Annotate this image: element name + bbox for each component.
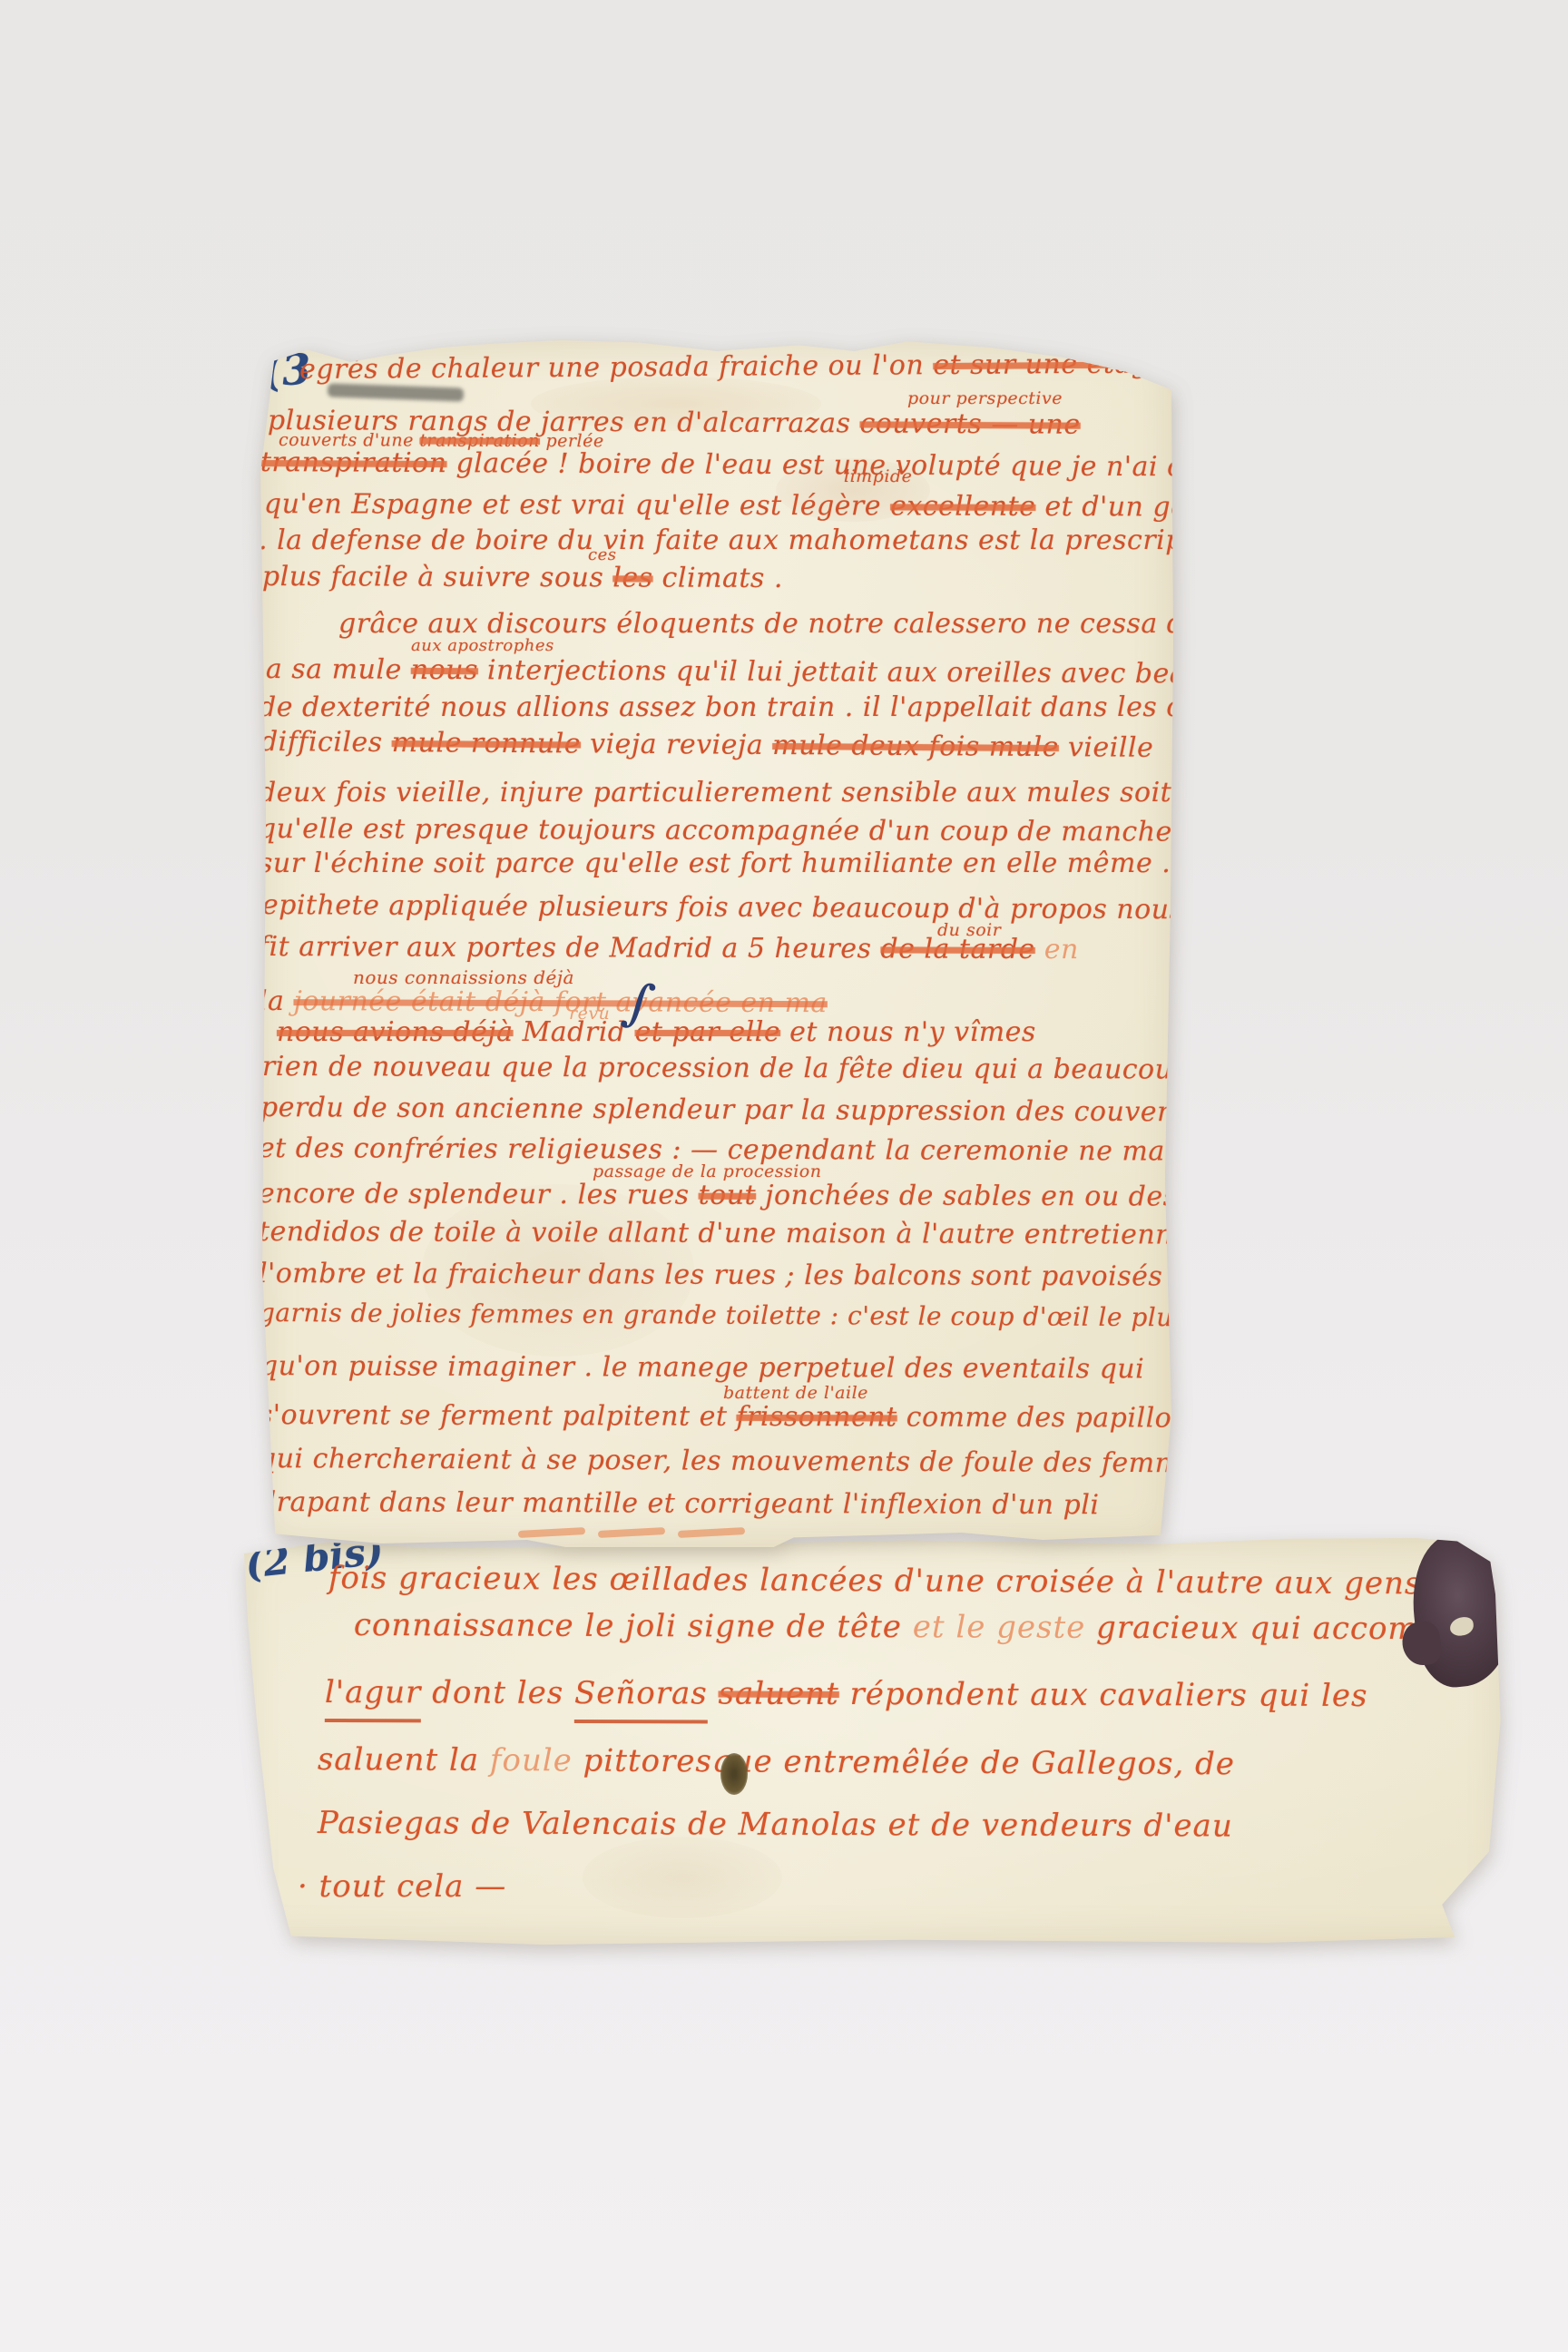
text-run: répondent aux cavaliers qui les xyxy=(839,1676,1368,1714)
text-run: de la tarde xyxy=(880,933,1034,965)
text-run xyxy=(708,1675,719,1711)
manuscript-line: l'ombre et la fraicheur dans les rues ; … xyxy=(259,1259,1200,1293)
manuscript-line: · tout cela — xyxy=(298,1869,506,1905)
manuscript-line: l'agur dont les Señoras saluent réponden… xyxy=(325,1675,1368,1726)
torn-edge-ink-strokes xyxy=(518,1529,745,1536)
manuscript-sheet-1: (3 egrés de chaleur une posada fraiche o… xyxy=(259,340,1175,1547)
manuscript-sheet-2: (2 bis) fois gracieux les œillades lancé… xyxy=(238,1537,1508,1945)
wax-seal-blot xyxy=(1406,1529,1524,1691)
text-run: de dexterité nous allions assez bon trai… xyxy=(259,691,1362,723)
manuscript-line: connaissance le joli signe de tête et le… xyxy=(354,1608,1519,1648)
text-run: frissonnent xyxy=(736,1401,897,1434)
manuscript-line: limpide xyxy=(844,467,912,487)
manuscript-line: pour perspective xyxy=(907,389,1063,409)
manuscript-line: qu'elle est presque toujours accompagnée… xyxy=(259,814,1298,848)
text-run: mule deux fois mule xyxy=(772,730,1059,763)
text-run: pour perspective xyxy=(907,388,1063,408)
seal-gap xyxy=(1449,1617,1475,1638)
text-run: et nous n'y vîmes xyxy=(780,1016,1036,1048)
text-run: epithete appliquée plusieurs fois avec b… xyxy=(262,889,1184,926)
text-run: vieja revieja xyxy=(581,728,772,760)
manuscript-line: Pasiegas de Valencais de Manolas et de v… xyxy=(318,1806,1233,1845)
text-run: pittoresque entremêlée de Gallegos, de xyxy=(573,1742,1235,1782)
text-run: qu'en Espagne et est vrai qu'elle est lé… xyxy=(264,488,890,522)
text-run: · tout cela — xyxy=(298,1868,506,1905)
manuscript-sheet-1-paper: (3 egrés de chaleur une posada fraiche o… xyxy=(259,340,1175,1547)
graphite-smudge xyxy=(328,383,464,401)
text-run: et d'un goût exquis xyxy=(1035,491,1318,524)
manuscript-line: garnis de jolies femmes en grande toilet… xyxy=(259,1298,1323,1333)
text-run: aux apostrophes xyxy=(411,636,554,655)
text-run: garnis de jolies femmes en grande toilet… xyxy=(259,1298,1323,1333)
manuscript-line: a sa mule nous interjections qu'il lui j… xyxy=(266,654,1273,691)
text-run: et le geste xyxy=(913,1609,1086,1646)
text-run: foule xyxy=(490,1742,573,1779)
text-run: et par elle xyxy=(635,1016,781,1048)
text-run: couverts — une xyxy=(859,407,1080,440)
text-run: . la defense de boire du vin faite aux m… xyxy=(259,524,1274,556)
manuscript-line: . la defense de boire du vin faite aux m… xyxy=(259,525,1274,557)
text-run: climats . xyxy=(652,563,783,595)
text-run: journée était déjà fort avancée en ma xyxy=(293,985,828,1019)
text-run: saluent la xyxy=(318,1741,490,1779)
text-run: battent de l'aile xyxy=(723,1383,868,1403)
text-run: egrés de chaleur une posada fraiche ou l… xyxy=(299,349,933,386)
text-run: la xyxy=(259,985,294,1017)
manuscript-line: epithete appliquée plusieurs fois avec b… xyxy=(262,890,1184,926)
text-run: tendidos de toile à voile allant d'une m… xyxy=(259,1216,1220,1251)
text-run: rien de nouveau que la procession de la … xyxy=(262,1051,1191,1086)
text-run: mule ronnule xyxy=(392,727,582,759)
text-run: jonchées de sables en ou des xyxy=(756,1180,1178,1213)
manuscript-line: qu'on puisse imaginer . le manege perpet… xyxy=(260,1351,1144,1386)
manuscript-line: saluent la foule pittoresque entremêlée … xyxy=(318,1742,1235,1782)
text-run: les xyxy=(612,562,652,593)
text-run: encore de splendeur . les rues xyxy=(259,1178,699,1211)
text-run: a sa mule xyxy=(266,653,411,686)
text-run: qui chercheraient à se poser, les mouvem… xyxy=(259,1443,1252,1480)
text-run: qu'on puisse imaginer . le manege perpet… xyxy=(260,1350,1144,1385)
text-run: saluent xyxy=(719,1676,839,1712)
manuscript-line: fit arriver aux portes de Madrid a 5 heu… xyxy=(259,932,1079,966)
manuscript-line: fois gracieux les œillades lancées d'une… xyxy=(328,1561,1472,1602)
text-run: grâce aux discours éloquents de notre ca… xyxy=(338,608,1279,640)
text-run: deux fois vieille, injure particuliereme… xyxy=(259,777,1261,808)
text-run: fois gracieux les œillades lancées d'une… xyxy=(328,1560,1472,1602)
manuscript-line: rien de nouveau que la procession de la … xyxy=(262,1052,1191,1086)
text-run: limpide xyxy=(844,466,912,486)
text-run: nous avions déjà xyxy=(277,1016,514,1048)
text-run: fit arriver aux portes de Madrid a 5 heu… xyxy=(259,931,881,965)
manuscript-line: aux apostrophes xyxy=(411,637,554,656)
text-run: et sur une étagère xyxy=(933,348,1196,381)
manuscript-line: de dexterité nous allions assez bon trai… xyxy=(259,692,1362,724)
text-run: excellente xyxy=(890,490,1035,523)
manuscript-line: s'ouvrent se ferment palpitent et frisso… xyxy=(259,1400,1204,1435)
text-run: difficiles xyxy=(260,726,392,759)
text-run: vieille xyxy=(1059,731,1154,764)
text-run: Pasiegas de Valencais de Manolas et de v… xyxy=(318,1805,1233,1845)
manuscript-line: qu'en Espagne et est vrai qu'elle est lé… xyxy=(264,489,1318,524)
manuscript-line: sur l'échine soit parce qu'elle est fort… xyxy=(259,848,1251,880)
text-run: drapant dans leur mantille et corrigeant… xyxy=(259,1486,1100,1521)
manuscript-line: deux fois vieille, injure particuliereme… xyxy=(259,778,1261,809)
text-run: Señoras xyxy=(574,1676,708,1724)
text-run: s'ouvrent se ferment palpitent et xyxy=(259,1399,737,1433)
manuscript-line: qui chercheraient à se poser, les mouvem… xyxy=(259,1444,1252,1480)
text-run: plus facile à suivre sous xyxy=(262,561,612,593)
manuscript-line: drapant dans leur mantille et corrigeant… xyxy=(259,1487,1100,1522)
manuscript-line: difficiles mule ronnule vieja revieja mu… xyxy=(260,727,1154,764)
text-run: connaissance le joli signe de tête xyxy=(354,1607,913,1645)
manuscript-line: encore de splendeur . les rues tout jonc… xyxy=(259,1179,1178,1213)
manuscript-line: nous avions déjà Madrid et par elle et n… xyxy=(277,1017,1036,1049)
seal-tail xyxy=(1400,1620,1443,1667)
text-run: comme des papillons xyxy=(897,1401,1204,1434)
text-run: dont les xyxy=(421,1674,574,1711)
text-run: interjections qu'il lui jettait aux orei… xyxy=(478,654,1273,691)
text-run: sur l'échine soit parce qu'elle est fort… xyxy=(259,848,1251,879)
paper-stain xyxy=(583,1837,782,1918)
text-run: en xyxy=(1035,934,1079,965)
text-run: perdu de son ancienne splendeur par la s… xyxy=(260,1092,1201,1128)
photo-of-manuscript: { "photo": { "background_top": "#e8e7e5"… xyxy=(0,0,1568,2352)
text-run: nous xyxy=(411,654,478,686)
text-run: qu'elle est presque toujours accompagnée… xyxy=(259,813,1298,848)
manuscript-line: plus facile à suivre sous les climats . xyxy=(262,562,783,595)
manuscript-line: perdu de son ancienne splendeur par la s… xyxy=(260,1093,1201,1129)
text-run: l'ombre et la fraicheur dans les rues ; … xyxy=(259,1258,1200,1293)
text-run: tout xyxy=(699,1180,757,1211)
text-run: nous connaissions déjà xyxy=(353,966,574,988)
manuscript-sheet-2-paper: (2 bis) fois gracieux les œillades lancé… xyxy=(238,1537,1508,1945)
text-run: l'agur xyxy=(325,1675,422,1722)
ink-blot xyxy=(720,1753,748,1795)
text-run: transpiration xyxy=(260,446,447,479)
manuscript-line: transpiration glacée ! boire de l'eau es… xyxy=(260,447,1270,484)
manuscript-line: la journée était déjà fort avancée en ma xyxy=(259,986,828,1020)
manuscript-line: egrés de chaleur une posada fraiche ou l… xyxy=(299,348,1196,386)
manuscript-line: tendidos de toile à voile allant d'une m… xyxy=(259,1217,1220,1251)
text-run: Madrid xyxy=(514,1016,635,1048)
